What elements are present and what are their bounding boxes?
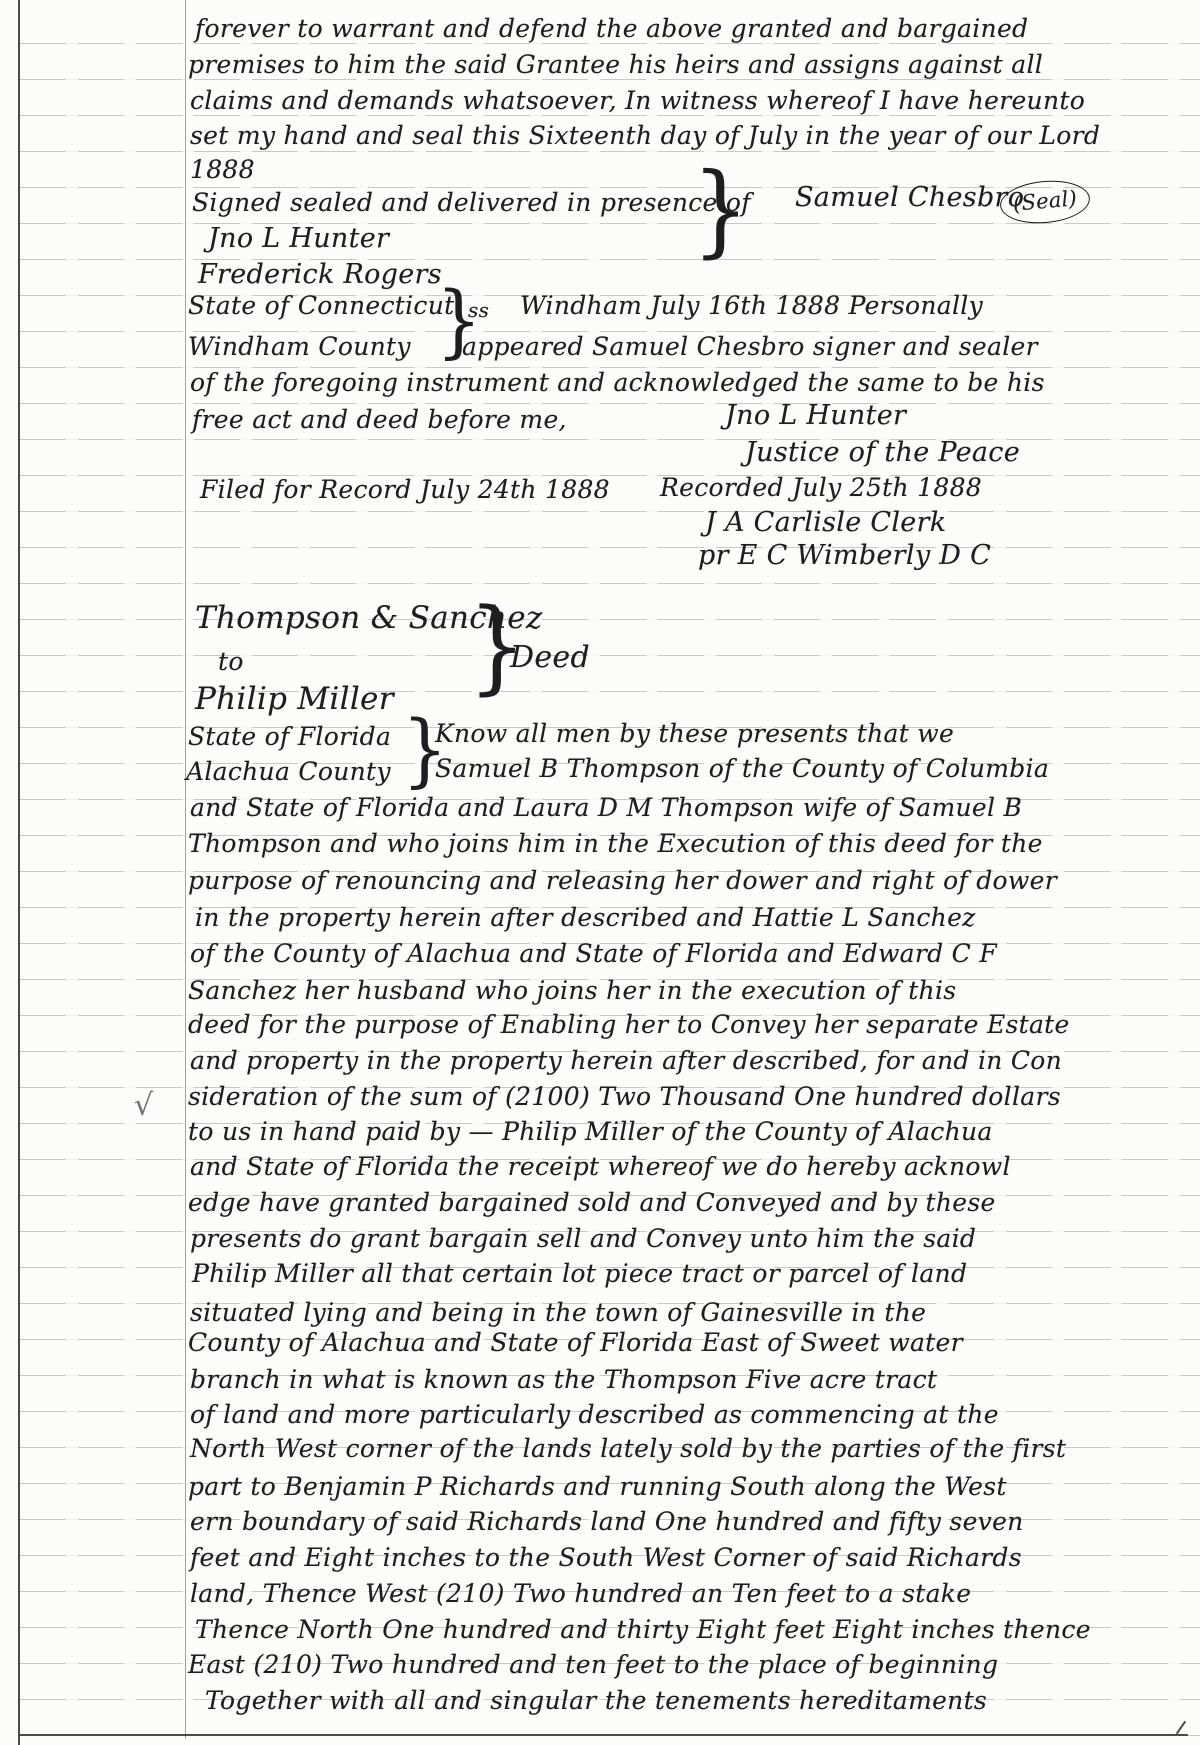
metes-bounds-line: Thence North One hundred and thirty Eigh… — [195, 1613, 1091, 1647]
witness-signature-1: Jno L Hunter — [208, 222, 389, 256]
deed-text-line: claims and demands whatsoever, In witnes… — [190, 84, 1085, 118]
deed-text-line: of the County of Alachua and State of Fl… — [190, 937, 997, 971]
caption-grantee: Philip Miller — [195, 682, 394, 716]
caption-brace: } — [468, 596, 526, 698]
connecticut-venue-brace: } — [436, 281, 482, 361]
deed-text-line: situated lying and being in the town of … — [190, 1296, 926, 1330]
deed-text-line: edge have granted bargained sold and Con… — [188, 1186, 996, 1220]
venue-county: Windham County — [188, 330, 411, 364]
deed-text-line: Thompson and who joins him in the Execut… — [188, 827, 1043, 861]
deed-text-line: forever to warrant and defend the above … — [195, 12, 1028, 46]
acknowledgment-line: free act and deed before me, — [192, 403, 567, 437]
deed-text-line: branch in what is known as the Thompson … — [190, 1363, 937, 1397]
recording-note: Recorded July 25th 1888 — [660, 471, 982, 505]
deed-text-line: premises to him the said Grantee his hei… — [188, 48, 1043, 82]
deed-text-line: County of Alachua and State of Florida E… — [188, 1326, 963, 1360]
deed-text-line: Sanchez her husband who joins her in the… — [188, 974, 956, 1008]
deed-text-line: in the property herein after described a… — [195, 901, 976, 935]
notary-signature: Jno L Hunter — [725, 399, 906, 433]
deed-text-line: and State of Florida the receipt whereof… — [190, 1150, 1011, 1184]
metes-bounds-line: East (210) Two hundred and ten feet to t… — [188, 1648, 998, 1682]
acknowledgment-line: appeared Samuel Chesbro signer and seale… — [462, 330, 1038, 364]
venue-state: State of Connecticut — [188, 289, 455, 323]
deed-text-line: feet and Eight inches to the South West … — [190, 1541, 1022, 1575]
habendum-line: Together with all and singular the tenem… — [205, 1684, 987, 1718]
venue-state: State of Florida — [188, 720, 391, 754]
margin-checkmark: √ — [134, 1088, 153, 1123]
deed-text-line: to us in hand paid by — Philip Miller of… — [188, 1115, 993, 1149]
deed-text-line: ern boundary of said Richards land One h… — [190, 1505, 1024, 1539]
deputy-clerk-signature: pr E C Wimberly D C — [698, 539, 991, 573]
notary-title: Justice of the Peace — [745, 436, 1020, 470]
deed-text-line: North West corner of the lands lately so… — [190, 1432, 1066, 1466]
deed-text-line: part to Benjamin P Richards and running … — [188, 1470, 1007, 1504]
acknowledgment-line: Windham July 16th 1888 Personally — [520, 289, 983, 323]
deed-text-line: and State of Florida and Laura D M Thomp… — [190, 791, 1022, 825]
florida-venue-brace: } — [402, 710, 448, 790]
deed-text-line: and property in the property herein afte… — [190, 1044, 1062, 1078]
witness-brace: } — [692, 160, 749, 260]
deed-text-line: set my hand and seal this Sixteenth day … — [190, 119, 1100, 153]
deed-book-page: forever to warrant and defend the above … — [0, 0, 1200, 1745]
handwritten-text-layer: forever to warrant and defend the above … — [0, 0, 1200, 1745]
deed-date-year: 1888 — [190, 153, 255, 187]
deed-text-line: Philip Miller all that certain lot piece… — [192, 1257, 967, 1291]
witness-signature-2: Frederick Rogers — [198, 258, 442, 292]
deed-text-line: Samuel B Thompson of the County of Colum… — [435, 752, 1049, 786]
attestation-clause: Signed sealed and delivered in presence … — [192, 186, 751, 220]
filing-note: Filed for Record July 24th 1888 — [200, 473, 610, 507]
deed-text-line: purpose of renouncing and releasing her … — [188, 864, 1057, 898]
consideration-line: sideration of the sum of (2100) Two Thou… — [188, 1080, 1061, 1114]
grantor-signature: Samuel Chesbro — [795, 181, 1024, 215]
deed-text-line: Know all men by these presents that we — [435, 717, 954, 751]
deed-text-line: deed for the purpose of Enabling her to … — [188, 1008, 1070, 1042]
acknowledgment-line: of the foregoing instrument and acknowle… — [190, 366, 1045, 400]
clerk-signature: J A Carlisle Clerk — [705, 506, 946, 540]
deed-text-line: presents do grant bargain sell and Conve… — [190, 1222, 976, 1256]
caption-to: to — [218, 645, 244, 679]
metes-bounds-line: land, Thence West (210) Two hundred an T… — [190, 1577, 971, 1611]
deed-text-line: of land and more particularly described … — [190, 1398, 999, 1432]
venue-county: Alachua County — [186, 755, 391, 789]
